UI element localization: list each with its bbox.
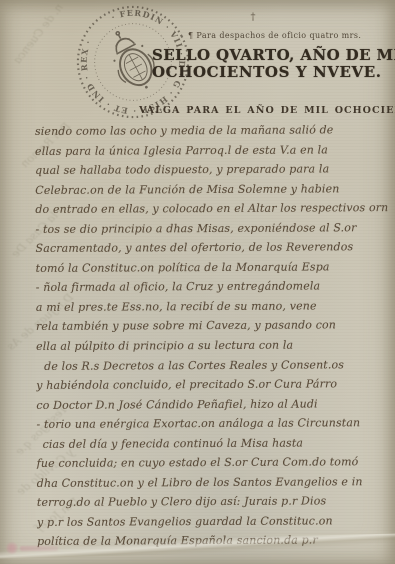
manuscript-line: terrog.do al Pueblo y Clero dijo así: Ju… — [37, 491, 389, 512]
manuscript-line: - ñola firmada al oficio, la Cruz y entr… — [36, 276, 388, 297]
manuscript-line: ellas para la única Iglesia Parroq.l de … — [35, 140, 387, 161]
manuscript-line: política de la Monarquía Española sancio… — [37, 531, 389, 552]
manuscript-line: cias del día y fenecida continuó la Misa… — [37, 433, 389, 454]
manuscript-line: do entrado en ellas, y colocado en el Al… — [35, 198, 387, 219]
watermark-text-smudge — [20, 546, 58, 551]
manuscript-line: tomó la Constituc.on política de la Mona… — [36, 257, 388, 278]
manuscript-line: - tos se dio principio a dhas Misas, exp… — [35, 218, 387, 239]
manuscript-line: de los R.s Decretos a las Cortes Reales … — [36, 355, 388, 376]
manuscript-line: qual se hallaba todo dispuesto, y prepar… — [35, 159, 387, 180]
document-page: · FERDIN · VII · D · G · HISP · ET · IND… — [0, 0, 395, 564]
manuscript-line: dha Constituc.on y el Libro de los Santo… — [37, 472, 389, 493]
manuscript-line: ella al púlpito di principio a su lectur… — [36, 335, 388, 356]
sello-title-line1: SELLO QVARTO, AÑO DE MIL — [152, 46, 395, 64]
revalidation-line: VALGA PARA EL AÑO DE MIL OCHOCIENTOS DOC… — [139, 105, 395, 116]
tax-rate-line: ¶ Para despachos de oficio quatro mrs. — [188, 31, 361, 40]
manuscript-line: Sacramentado, y antes del ofertorio, de … — [35, 237, 387, 258]
manuscript-line: y p.r los Santos Evangelios guardad la C… — [37, 511, 389, 532]
manuscript-line: y habiéndola concluido, el precitado S.o… — [36, 374, 388, 395]
manuscript-line: fue concluida; en cuyo estado el S.or Cu… — [37, 452, 389, 473]
archive-watermark — [6, 540, 60, 557]
manuscript-line: rela también y puse sobre mi Caveza, y p… — [36, 316, 388, 337]
manuscript-line: co Doctor D.n José Cándido Peñafiel, hiz… — [36, 394, 388, 415]
sello-title-line2: OCHOCIENTOS Y NVEVE. — [152, 63, 382, 81]
manuscript-line: a mi el pres.te Ess.no, la recibí de su … — [36, 296, 388, 317]
manuscript-body: siendo como las ocho y media de la mañan… — [35, 120, 389, 552]
manuscript-line: Celebrac.on de la Función de Misa Solemn… — [35, 179, 387, 200]
cross-ornament-icon: † — [244, 12, 262, 23]
manuscript-line: - torio una enérgica Exortac.on análoga … — [36, 413, 388, 434]
manuscript-line: siendo como las ocho y media de la mañan… — [35, 120, 387, 141]
watermark-emblem-icon — [6, 542, 18, 554]
